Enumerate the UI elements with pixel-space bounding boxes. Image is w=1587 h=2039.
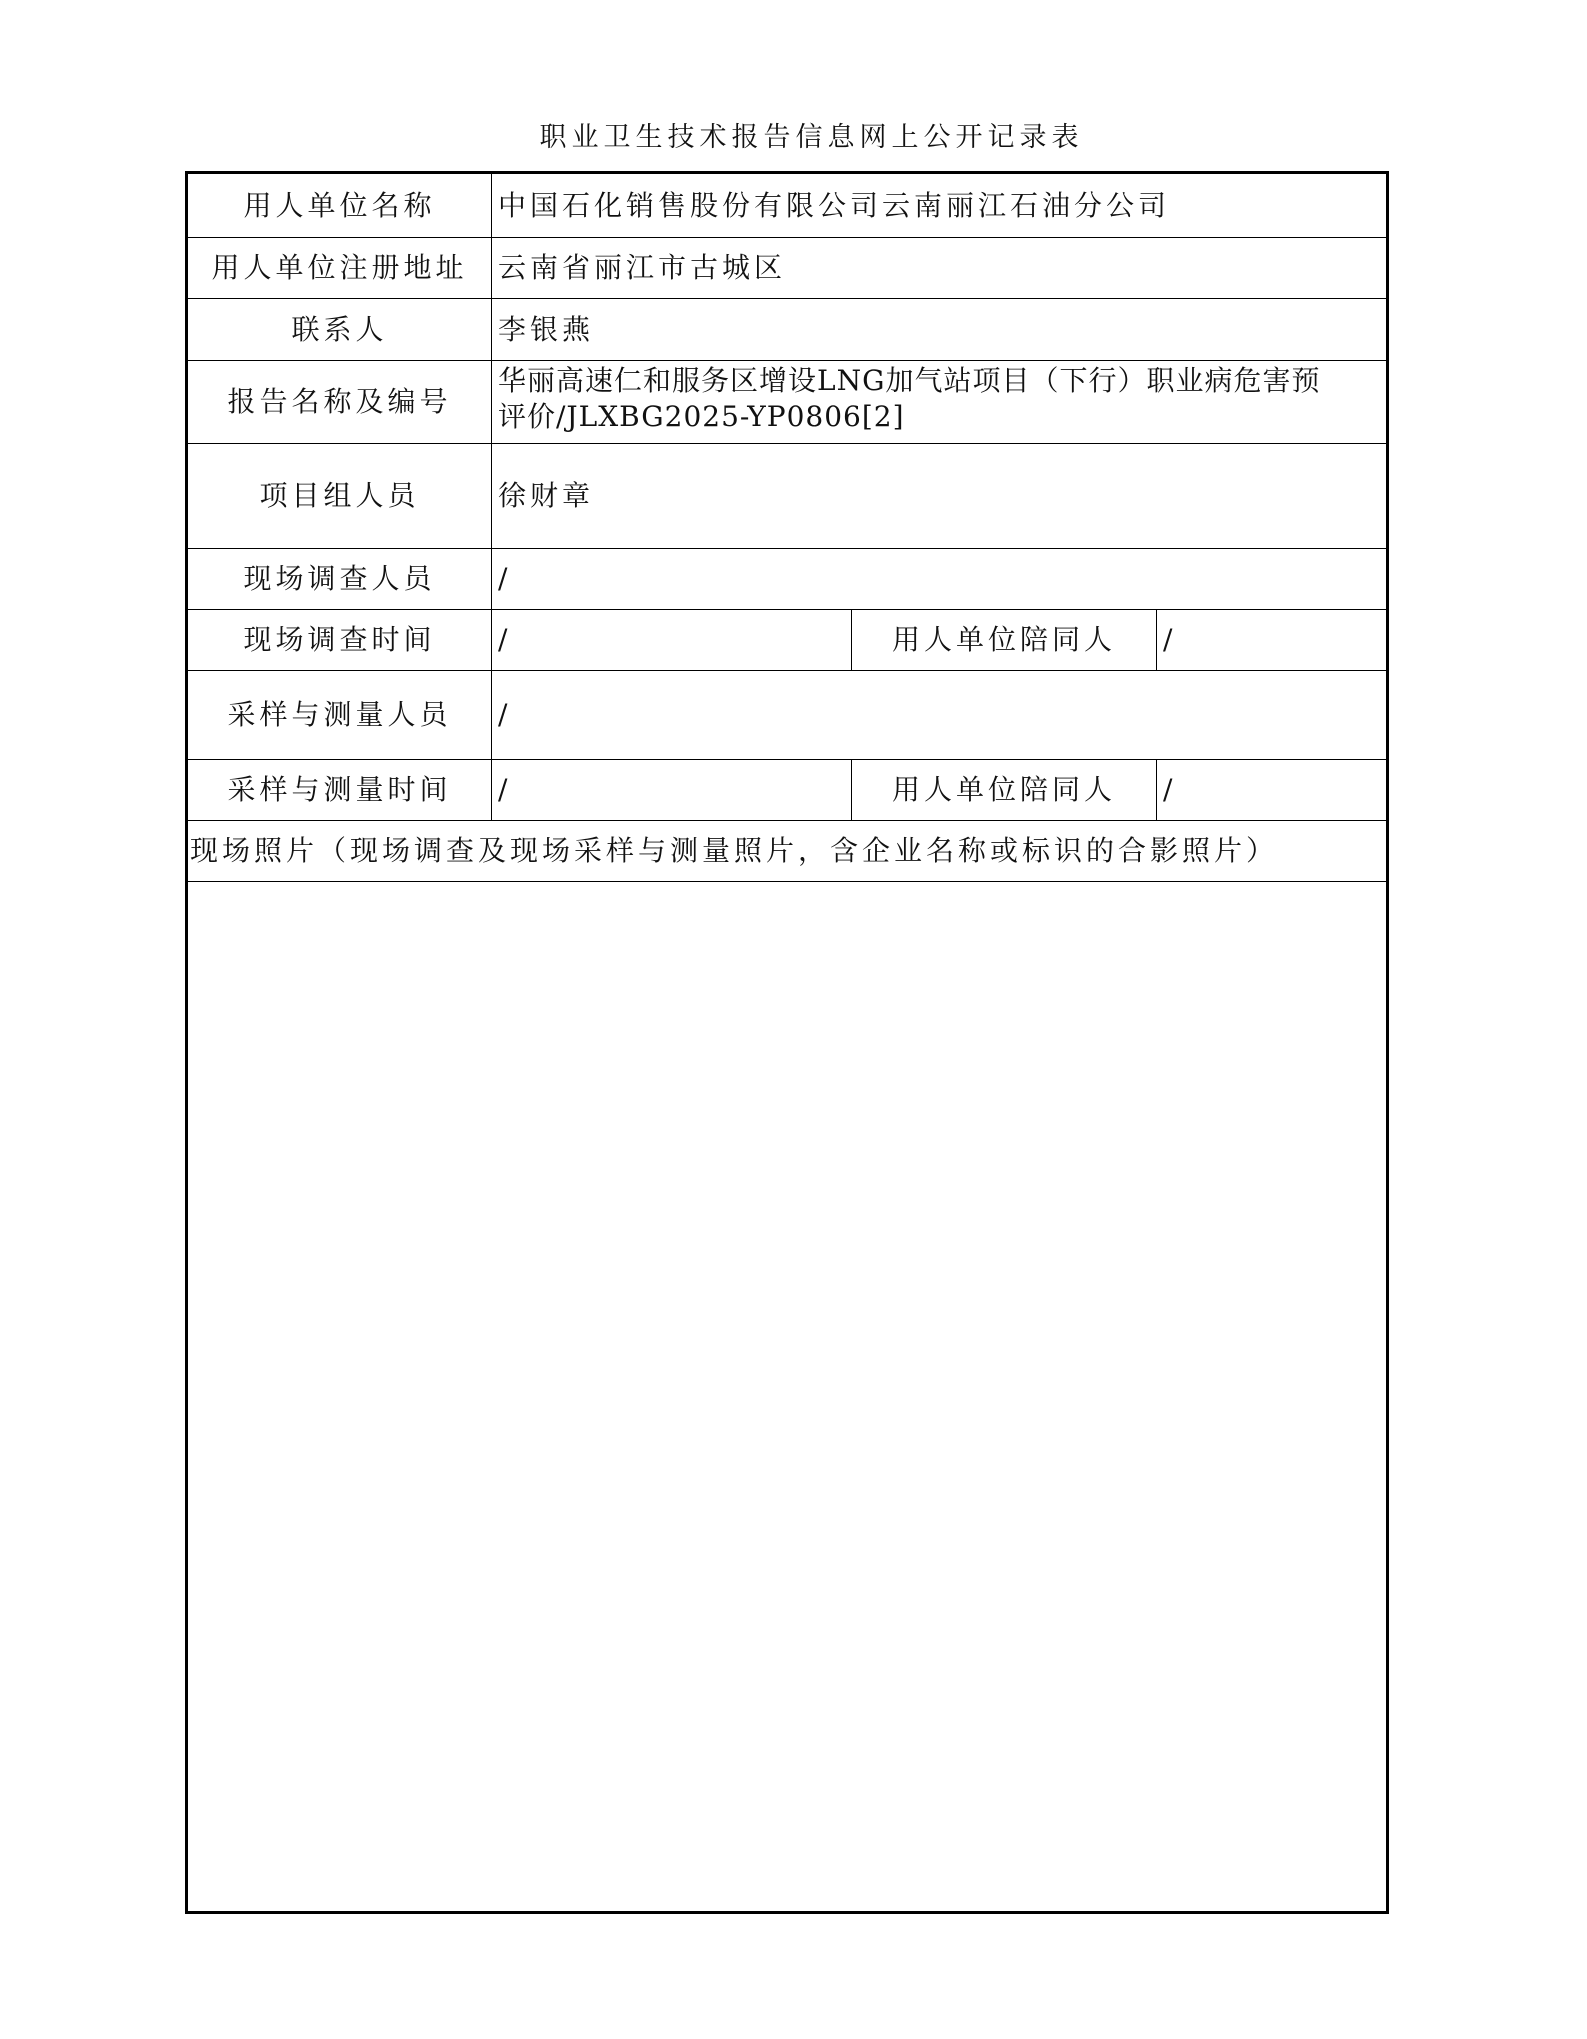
- row-employer-address: 用人单位注册地址 云南省丽江市古城区: [188, 238, 1386, 299]
- row-sampling-time: 采样与测量时间 / 用人单位陪同人 /: [188, 760, 1386, 821]
- report-number-line: 评价/JLXBG2025-YP0806[2]: [498, 399, 1386, 435]
- row-employer-name: 用人单位名称 中国石化销售股份有限公司云南丽江石油分公司: [188, 174, 1386, 238]
- employer-name-value: 中国石化销售股份有限公司云南丽江石油分公司: [491, 174, 1386, 237]
- contact-value: 李银燕: [491, 299, 1386, 360]
- sampling-staff-value: /: [491, 671, 1386, 759]
- photo-area: [188, 882, 1386, 1911]
- photos-caption: 现场照片（现场调查及现场采样与测量照片，含企业名称或标识的合影照片）: [188, 821, 1386, 881]
- record-table: 用人单位名称 中国石化销售股份有限公司云南丽江石油分公司 用人单位注册地址 云南…: [185, 171, 1389, 1914]
- survey-time-value: /: [491, 610, 851, 670]
- row-report: 报告名称及编号 华丽高速仁和服务区增设LNG加气站项目（下行）职业病危害预 评价…: [188, 361, 1386, 444]
- survey-staff-label: 现场调查人员: [188, 549, 491, 609]
- sampling-time-value: /: [491, 760, 851, 820]
- report-label: 报告名称及编号: [188, 361, 491, 443]
- survey-companion-value: /: [1156, 610, 1386, 670]
- document-title: 职业卫生技术报告信息网上公开记录表: [0, 118, 1587, 158]
- sampling-time-label: 采样与测量时间: [188, 760, 491, 820]
- employer-address-value: 云南省丽江市古城区: [491, 238, 1386, 298]
- employer-name-label: 用人单位名称: [188, 174, 491, 237]
- row-survey-staff: 现场调查人员 /: [188, 549, 1386, 610]
- report-value: 华丽高速仁和服务区增设LNG加气站项目（下行）职业病危害预 评价/JLXBG20…: [491, 361, 1386, 443]
- survey-companion-label: 用人单位陪同人: [851, 610, 1156, 670]
- survey-time-label: 现场调查时间: [188, 610, 491, 670]
- report-name-line: 华丽高速仁和服务区增设LNG加气站项目（下行）职业病危害预: [498, 363, 1386, 399]
- sampling-companion-label: 用人单位陪同人: [851, 760, 1156, 820]
- contact-label: 联系人: [188, 299, 491, 360]
- sampling-staff-label: 采样与测量人员: [188, 671, 491, 759]
- row-contact: 联系人 李银燕: [188, 299, 1386, 361]
- row-sampling-staff: 采样与测量人员 /: [188, 671, 1386, 760]
- project-team-value: 徐财章: [491, 444, 1386, 548]
- row-project-team: 项目组人员 徐财章: [188, 444, 1386, 549]
- project-team-label: 项目组人员: [188, 444, 491, 548]
- sampling-companion-value: /: [1156, 760, 1386, 820]
- employer-address-label: 用人单位注册地址: [188, 238, 491, 298]
- row-photos-caption: 现场照片（现场调查及现场采样与测量照片，含企业名称或标识的合影照片）: [188, 821, 1386, 882]
- survey-staff-value: /: [491, 549, 1386, 609]
- row-survey-time: 现场调查时间 / 用人单位陪同人 /: [188, 610, 1386, 671]
